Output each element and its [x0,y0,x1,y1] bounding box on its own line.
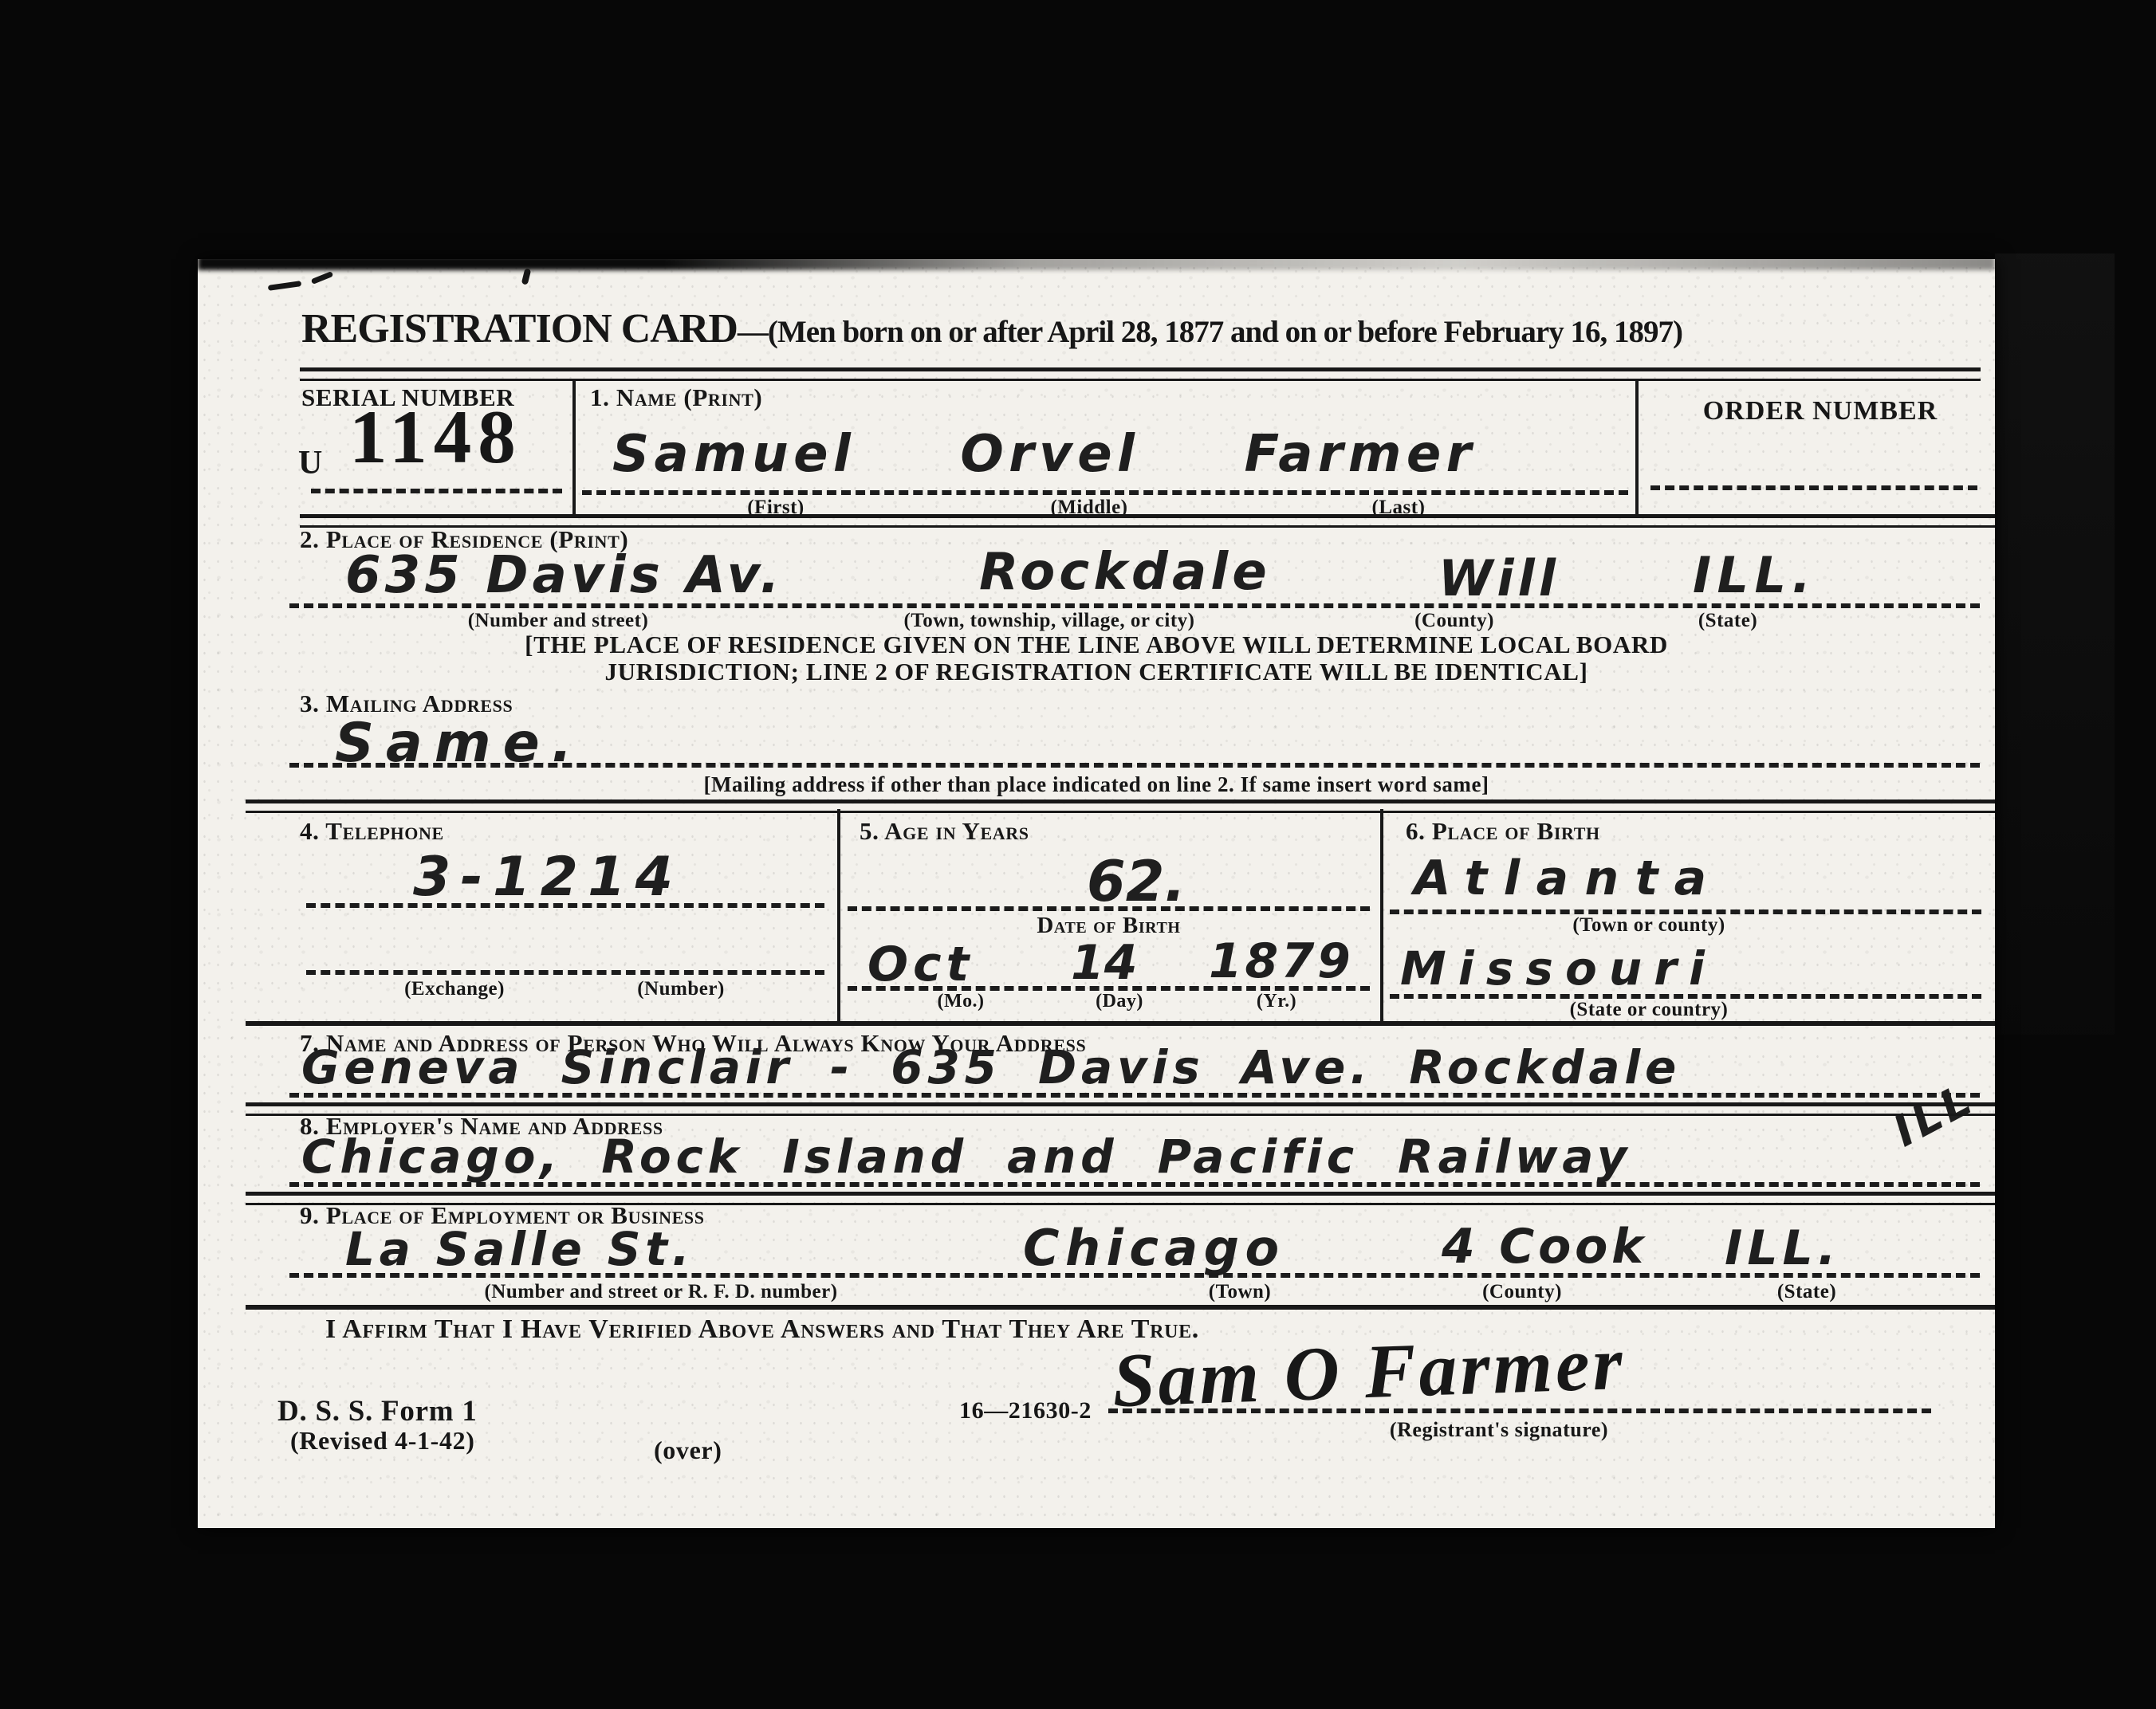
pen-mark [521,268,532,285]
birthplace-town: Atlanta [1414,851,1723,906]
name-value: Samuel Orvel Farmer [612,425,1477,484]
name-field-label: 1. Name (Print) [590,383,762,412]
employment-street: La Salle St. [345,1222,694,1276]
signature-sublabel: (Registrant's signature) [1340,1418,1658,1442]
serial-name-divider [572,379,576,517]
residence-sublabel-county: (County) [1383,610,1526,632]
employment-sublabel-town: (Town) [1168,1281,1312,1303]
card-subtitle-text: —(Men born on or after April 28, 1877 an… [738,315,1682,349]
residence-state: ILL. [1693,546,1816,604]
mailing-dotted-line [289,763,1980,768]
pen-mark [311,271,334,285]
pre-columns-rule [246,799,1995,813]
mailing-note: [Mailing address if other than place ind… [198,772,1995,797]
card-title-text: REGISTRATION CARD [301,306,738,352]
post-columns-rule [246,1021,1995,1026]
telephone-dotted-line-1 [306,903,824,908]
order-dotted-line [1650,485,1977,490]
name-dotted-line [582,490,1628,495]
age-dotted-line [848,906,1370,911]
serial-number-prefix: U [298,444,323,482]
residence-sublabel-state: (State) [1656,610,1800,632]
residence-sublabel-street: (Number and street) [439,610,678,632]
contact-dotted-line [289,1093,1980,1098]
order-number-label: ORDER NUMBER [1653,396,1988,426]
telephone-age-divider [837,809,840,1021]
dob-sublabel-month: (Mo.) [889,991,1033,1012]
contact-value: Geneva Sinclair - 635 Davis Ave. Rockdal… [301,1040,1681,1094]
dob-year: 1879 [1209,933,1353,989]
over-note: (over) [654,1436,722,1465]
employer-value: Chicago, Rock Island and Pacific Railway [301,1130,1631,1184]
employer-dotted-line [289,1182,1980,1187]
telephone-label: 4. Telephone [300,817,444,846]
form-number: D. S. S. Form 1 [277,1394,478,1428]
telephone-sublabel-exchange: (Exchange) [383,978,526,1000]
employment-state: ILL. [1725,1220,1841,1276]
residence-town: Rockdale [979,543,1271,602]
employment-sublabel-state: (State) [1735,1281,1879,1303]
employment-county: 4 Cook [1442,1219,1647,1275]
birthplace-state: Missouri [1400,941,1717,996]
serial-number-value: 1148 [349,393,522,481]
name-order-divider [1635,379,1639,517]
header-rule [300,367,1981,381]
telephone-sublabel-number: (Number) [609,978,753,1000]
employment-town: Chicago [1023,1219,1285,1277]
dob-day: 14 [1071,935,1138,991]
affirmation-text: I Affirm That I Have Verified Above Answ… [325,1314,1199,1345]
scanner-shadow [1995,253,2115,1035]
dob-month: Oct [868,937,974,992]
registration-card: REGISTRATION CARD—(Men born on or after … [198,259,1995,1528]
employment-sublabel-county: (County) [1450,1281,1594,1303]
residence-sublabel-town: (Town, township, village, or city) [870,610,1229,632]
form-revision: (Revised 4-1-42) [290,1426,475,1456]
age-birth-divider [1380,809,1383,1021]
dob-sublabel-day: (Day) [1048,991,1191,1012]
serial-dotted-line [311,489,562,493]
form-stamp-number: 16—21630-2 [959,1397,1092,1424]
signature-dotted-line [1108,1408,1931,1413]
jurisdiction-note-line1: [THE PLACE OF RESIDENCE GIVEN ON THE LIN… [198,631,1995,659]
age-label: 5. Age in Years [860,817,1029,846]
birthplace-town-sublabel: (Town or county) [1513,914,1784,937]
employment-sublabel-street: (Number and street or R. F. D. number) [462,1281,860,1303]
telephone-value: 3-1214 [413,846,683,909]
residence-number-street: 635 Davis Av. [345,546,784,605]
pen-mark [268,281,302,291]
age-value: 62. [1087,849,1186,914]
post-employment-rule [246,1305,1995,1310]
jurisdiction-note-line2: JURISDICTION; LINE 2 OF REGISTRATION CER… [198,658,1995,686]
telephone-dotted-line-2 [306,970,824,975]
residence-dotted-line [289,603,1980,608]
scan-edge-smudge [198,259,1995,270]
birthplace-state-sublabel: (State or country) [1513,999,1784,1021]
card-title: REGISTRATION CARD—(Men born on or after … [301,305,1682,352]
residence-county: Will [1438,549,1560,607]
employment-dotted-line [289,1273,1980,1278]
birthplace-label: 6. Place of Birth [1406,817,1600,846]
dob-sublabel-year: (Yr.) [1205,991,1348,1012]
